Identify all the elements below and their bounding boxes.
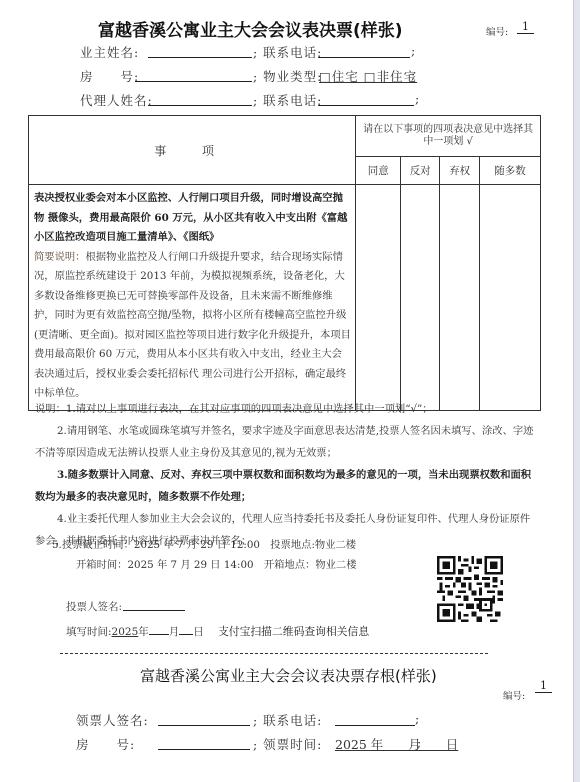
fill-date-label: 填写时间: [66,626,112,638]
fill-date-year: 2025 [112,626,139,638]
option-agree-header: 同意 [356,157,401,185]
agent-name-field[interactable] [148,93,252,106]
property-type-label: ; 物业类型: [253,67,322,85]
fill-date-year-unit: 年 [138,626,149,638]
option-oppose-header: 反对 [401,157,440,185]
serial-label: 编号: [486,24,508,38]
note-2: 2.请用钢笔、水笔或圆珠笔填写并签名，要求字迹及字面意思表达清楚,投票人签名因未… [35,420,535,464]
room-label: 房 号: [80,67,139,85]
stub-room-label: 房 号: [76,735,135,753]
vote-cell-follow-majority[interactable] [480,185,541,411]
owner-name-label: 业主姓名: [80,43,139,61]
stub-time-value[interactable]: 2025 年 月 日 [335,735,458,753]
qr-caption: 支付宝扫描二维码查询相关信息 [218,624,369,639]
ballot-title: 富越香溪公寓业主大会会议表决票(样张) [98,16,403,41]
agent-phone-label: ; 联系电话: [253,91,322,109]
vote-cell-agree[interactable] [356,185,401,411]
vertical-scrollbar[interactable] [573,0,580,782]
stub-time-label: ; 领票时间: [253,735,322,753]
voter-signature-label: 投票人签名: [66,599,122,614]
matter-item: 表决授权业委会对本小区监控、人行闸口项目升级，同时增设高空抛物 摄像头，费用最高… [29,185,356,411]
stub-phone-label: ; 联系电话: [253,711,322,729]
serial-number: 1 [517,20,534,34]
stub-serial-number: 1 [535,679,552,693]
matter-item-title: 表决授权业委会对本小区监控、人行闸口项目升级，同时增设高空抛物 摄像头，费用最高… [34,192,347,243]
qr-code-icon[interactable] [437,556,503,622]
semicolon: ; [411,67,416,82]
matter-item-desc-label: 简要说明： [34,251,85,263]
instruction-header: 请在以下事项的四项表决意见中选择其中一项划 √ [356,116,541,157]
option-follow-majority-header: 随多数 [480,157,541,185]
note-3: 3.随多数票计入同意、反对、弃权三项中票权数和面积数均为最多的意见的一项，当未出… [35,464,535,508]
fill-date-day-unit: 日 [193,626,204,638]
note-5-deadline: 5.投票截止时间：2025 年 7 月 29 日 12:00 投票地点:物业二楼 [52,536,356,551]
note-1: 说明：1.请对以上事项进行表决，在其对应事项的四项表决意见中选择其中一项划“√”… [35,398,535,420]
document-page: 富越香溪公寓业主大会会议表决票(样张) 编号: 1 业主姓名: ; 联系电话: … [0,0,574,782]
stub-receiver-label: 领票人签名: [76,711,149,729]
fill-date: 填写时间:2025年月日 [66,624,204,639]
semicolon: ; [411,43,416,58]
voter-signature-field[interactable] [123,598,185,611]
stub-room-field[interactable] [158,737,250,750]
fill-date-day-field[interactable] [179,625,193,635]
fill-date-month-field[interactable] [149,625,169,635]
stub-receiver-field[interactable] [158,713,250,726]
owner-phone-field[interactable] [318,45,410,58]
stub-phone-field[interactable] [335,713,415,726]
vote-table: 事 项 请在以下事项的四项表决意见中选择其中一项划 √ 同意 反对 弃权 随多数… [28,115,541,411]
agent-phone-field[interactable] [318,93,414,106]
property-type-options[interactable]: □住宅 □非住宅 [319,67,417,85]
room-field[interactable] [135,69,252,82]
agent-name-label: 代理人姓名: [80,91,153,109]
owner-phone-label: ; 联系电话: [253,43,322,61]
option-abstain-header: 弃权 [440,157,480,185]
vote-cell-abstain[interactable] [440,185,480,411]
semicolon: ; [417,735,422,750]
matter-item-desc: 根据物业监控及人行闸口升级提升要求，结合现场实际情况，原监控系统建设于 2013… [34,251,351,400]
semicolon: ; [415,711,420,726]
semicolon: ; [415,91,420,106]
matter-header: 事 项 [29,116,356,185]
stub-title: 富越香溪公寓业主大会会议表决票存根(样张) [140,665,437,686]
notes-section: 说明：1.请对以上事项进行表决，在其对应事项的四项表决意见中选择其中一项划“√”… [35,398,535,552]
owner-name-field[interactable] [148,45,252,58]
cut-line-divider [60,653,488,654]
note-5-opening: 开箱时间：2025 年 7 月 29 日 14:00 开箱地点：物业二楼 [76,556,357,571]
vote-cell-oppose[interactable] [401,185,440,411]
stub-serial-label: 编号: [503,688,525,702]
fill-date-month-unit: 月 [169,626,180,638]
